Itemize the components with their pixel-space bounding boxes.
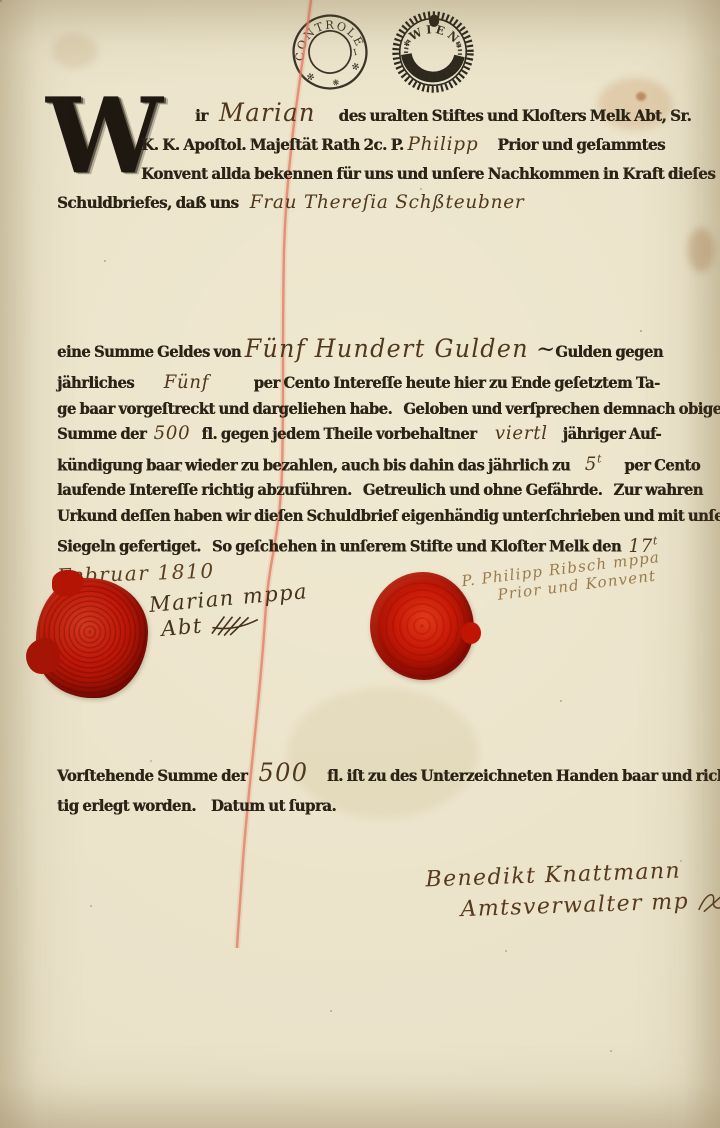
schuldbrief-document: CONTROLE ✻ ✻ I ❋ WIEN 1 ✻ ✻ GULDEN — [0, 0, 720, 1128]
printed-text: fl. gegen jedem Theile vorbehaltner — [190, 424, 495, 443]
intro-paragraph: ir Marian des uralten Stiftes und Kloſte… — [57, 98, 672, 217]
stamp-value: 1 — [431, 16, 437, 26]
handwritten-text: viertl — [495, 422, 548, 444]
paper-stain — [688, 228, 714, 272]
handwritten-text: Philipp — [407, 133, 478, 155]
stamp-ornament: ✻ — [456, 41, 462, 50]
stamp-numeral: I — [352, 48, 358, 59]
text-line: Urkund deſſen haben wir dieſen Schuldbri… — [57, 503, 641, 529]
printed-text: Urkund deſſen haben wir dieſen Schuldbri… — [57, 506, 720, 525]
printed-text: ir — [195, 106, 219, 125]
signature-line: Amtsverwalter mp — [460, 888, 720, 923]
handwritten-text: 500 — [258, 758, 308, 787]
paper-stain — [52, 34, 98, 68]
signature-paraph — [208, 611, 262, 637]
text-line: Vorſtehende Summe der 500 fl. iſt zu des… — [57, 758, 647, 791]
revenue-stamp-wien: WIEN 1 ✻ ✻ GULDEN — [389, 8, 478, 97]
revenue-stamp-art: WIEN 1 ✻ ✻ GULDEN — [389, 8, 478, 97]
signature-line: Benedikt Knattmann — [425, 857, 720, 893]
printed-text: K. K. Apoſtol. Majeſtät Rath 2c. P. — [141, 135, 407, 154]
printed-text: Vorſtehende Summe der — [57, 766, 258, 785]
main-paragraph: eine Summe Geldes von Fünf Hundert Gulde… — [57, 330, 672, 593]
printed-text: per Cento Intereſſe heute hier zu Ende g… — [209, 373, 659, 392]
handwritten-text: Frau Thereſia Schßteubner — [250, 191, 525, 213]
stamp-ornament: ✻ — [403, 39, 409, 48]
printed-text: des uralten Stiftes und Kloſters Melk Ab… — [316, 106, 691, 125]
printed-text: fl. iſt zu des Unterzeichneten Handen ba… — [308, 766, 720, 785]
text-line: laufende Intereſſe richtig abzuführen. G… — [57, 477, 641, 503]
wax-seal-left — [36, 578, 148, 698]
printed-text: eine Summe Geldes von — [57, 342, 245, 361]
handwritten-text: 5t — [585, 453, 602, 475]
printed-text: Gulden gegen — [555, 342, 663, 361]
handwritten-text: Fünf Hundert Gulden — [245, 334, 529, 363]
text-line: Konvent allda bekennen für uns und unſer… — [141, 159, 656, 188]
stamp-ornament: ✻ — [306, 71, 316, 84]
printed-text: Prior und geſammtes — [478, 135, 665, 154]
printed-text: Summe der — [57, 424, 154, 443]
handwritten-text: Marian — [219, 98, 316, 127]
printed-text: kündigung baar wieder zu bezahlen, auch … — [57, 455, 585, 474]
stamp-ornament: ✻ — [351, 61, 361, 74]
text-line: Schuldbriefes, daß uns Frau Thereſia Sch… — [57, 188, 654, 217]
printed-text: jähriger Auf- — [548, 424, 661, 443]
control-stamp-art: CONTROLE ✻ ✻ I ❋ — [282, 4, 379, 101]
printed-text: Konvent allda bekennen für uns und unſer… — [141, 164, 715, 183]
paper-speckles — [0, 0, 2, 2]
text-line: K. K. Apoſtol. Majeſtät Rath 2c. P. Phil… — [141, 130, 656, 159]
printed-text: laufende Intereſſe richtig abzuführen. G… — [57, 480, 703, 499]
text-line: ir Marian des uralten Stiftes und Kloſte… — [195, 98, 658, 130]
printed-text: jährliches — [57, 373, 164, 392]
control-stamp: CONTROLE ✻ ✻ I ❋ — [282, 4, 379, 101]
printed-text: ge baar vorgeſtreckt und dargeliehen hab… — [57, 399, 720, 418]
stamp-rosette: ❋ — [331, 77, 340, 88]
handwritten-text: ~ — [529, 335, 555, 363]
text-line: tig erlegt worden. Datum ut ſupra. — [57, 791, 647, 821]
handwritten-text: 500 — [154, 422, 191, 444]
printed-text: per Cento — [602, 455, 700, 474]
steward-signature: Benedikt Knattmann Amtsverwalter mp — [425, 857, 720, 924]
text-line: ge baar vorgeſtreckt und dargeliehen hab… — [57, 396, 641, 422]
signature-paraph — [695, 889, 720, 914]
text-line: kündigung baar wieder zu bezahlen, auch … — [57, 447, 641, 478]
text-line: jährliches Fünf per Cento Intereſſe heut… — [57, 370, 641, 396]
printed-text: tig erlegt worden. Datum ut ſupra. — [57, 796, 336, 815]
text-line: Summe der 500 fl. gegen jedem Theile vor… — [57, 421, 641, 447]
receipt-paragraph: Vorſtehende Summe der 500 fl. iſt zu des… — [57, 758, 672, 821]
handwritten-text: Fünf — [164, 371, 209, 393]
wax-seal-right — [370, 572, 474, 680]
printed-text: Schuldbriefes, daß uns — [57, 193, 250, 212]
text-line: eine Summe Geldes von Fünf Hundert Gulde… — [57, 330, 641, 370]
